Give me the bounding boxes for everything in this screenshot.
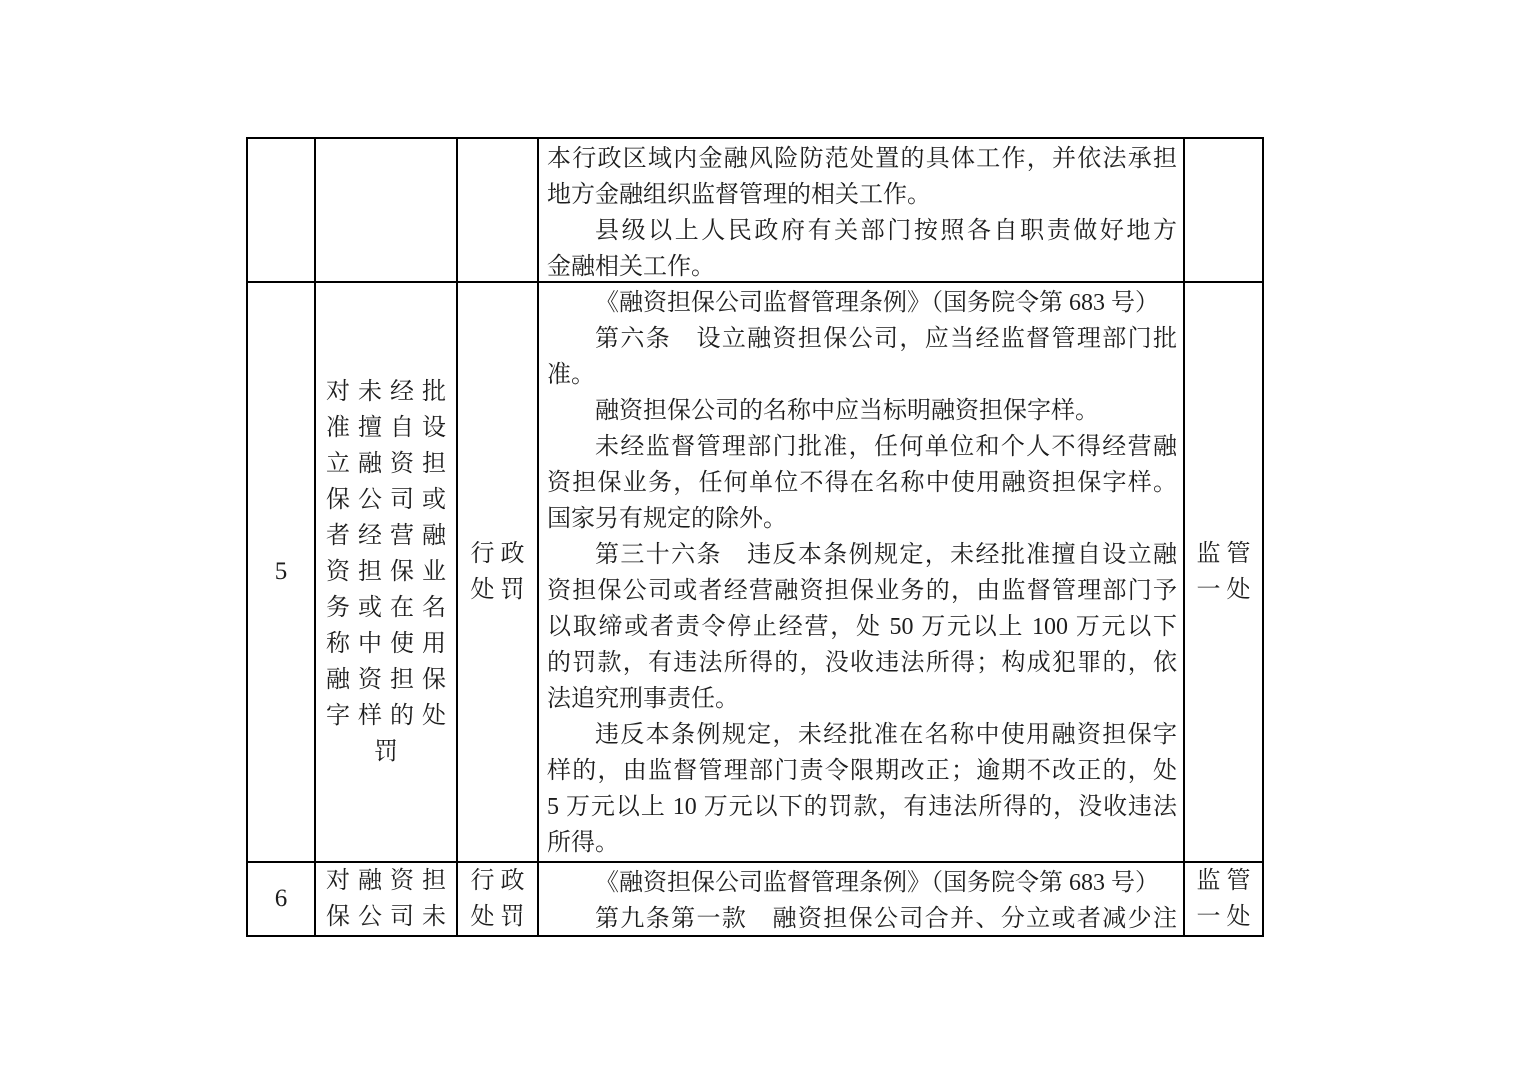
item-name-line: 务或在名 — [316, 590, 456, 626]
item-name-line: 立融资担 — [316, 446, 456, 482]
legal-basis-line: 《融资担保公司监督管理条例》（国务院令第 683 号） — [547, 865, 1177, 901]
department-text: 监管一处 — [1185, 863, 1262, 935]
penalty-type-line: 行政 — [458, 536, 537, 572]
penalty-type-cell: 行政处罚 — [457, 862, 538, 936]
legal-basis-line: 5 万元以上 10 万元以下的罚款，有违法所得的，没收违法 — [547, 789, 1177, 825]
legal-basis-line: 第九条第一款 融资担保公司合并、分立或者减少注 — [547, 901, 1177, 933]
department-line: 监管 — [1185, 863, 1262, 899]
legal-basis-line: 准。 — [547, 357, 1177, 393]
item-name-line: 资担保业 — [316, 554, 456, 590]
legal-basis-line: 法追究刑事责任。 — [547, 681, 1177, 717]
table-row-6-partial: 6 对融资担保公司未 行政处罚 《融资担保公司监督管理条例》（国务院令第 683… — [247, 862, 1263, 936]
legal-basis-line: 未经监督管理部门批准，任何单位和个人不得经营融 — [547, 429, 1177, 465]
legal-basis-line: 第六条 设立融资担保公司，应当经监督管理部门批 — [547, 321, 1177, 357]
legal-basis-line: 违反本条例规定，未经批准在名称中使用融资担保字 — [547, 717, 1177, 753]
document-page: 本行政区域内金融风险防范处置的具体工作，并依法承担地方金融组织监督管理的相关工作… — [0, 0, 1520, 1074]
penalty-type-line: 行政 — [458, 863, 537, 899]
department-cell: 监管一处 — [1184, 862, 1263, 936]
penalty-matrix-table: 本行政区域内金融风险防范处置的具体工作，并依法承担地方金融组织监督管理的相关工作… — [246, 137, 1264, 937]
legal-basis-line: 地方金融组织监督管理的相关工作。 — [547, 177, 1177, 213]
item-name-cell: 对未经批准擅自设立融资担保公司或者经营融资担保业务或在名称中使用融资担保字样的处… — [315, 282, 457, 862]
item-name-cell — [315, 138, 457, 282]
legal-basis-line: 金融相关工作。 — [547, 249, 1177, 281]
item-name-line: 准擅自设 — [316, 410, 456, 446]
seq-cell: 6 — [247, 862, 315, 936]
legal-basis-line: 县级以上人民政府有关部门按照各自职责做好地方 — [547, 213, 1177, 249]
legal-basis-text: 《融资担保公司监督管理条例》（国务院令第 683 号）第六条 设立融资担保公司，… — [547, 285, 1177, 859]
penalty-type-text: 行政处罚 — [458, 863, 537, 935]
table-row-4-partial: 本行政区域内金融风险防范处置的具体工作，并依法承担地方金融组织监督管理的相关工作… — [247, 138, 1263, 282]
legal-basis-cell: 本行政区域内金融风险防范处置的具体工作，并依法承担地方金融组织监督管理的相关工作… — [538, 138, 1184, 282]
department-line: 监管 — [1185, 536, 1262, 572]
penalty-type-cell — [457, 138, 538, 282]
legal-basis-line: 以取缔或者责令停止经营，处 50 万元以上 100 万元以下 — [547, 609, 1177, 645]
item-name-line: 字样的处 — [316, 698, 456, 734]
item-name-line: 对融资担 — [316, 863, 456, 899]
legal-basis-line: 融资担保公司的名称中应当标明融资担保字样。 — [547, 393, 1177, 429]
department-text: 监管一处 — [1185, 536, 1262, 608]
department-line: 一处 — [1185, 572, 1262, 608]
legal-basis-line: 国家另有规定的除外。 — [547, 501, 1177, 537]
legal-basis-line: 样的，由监督管理部门责令限期改正；逾期不改正的，处 — [547, 753, 1177, 789]
penalty-type-line: 处罚 — [458, 899, 537, 935]
item-name-line: 者经营融 — [316, 518, 456, 554]
item-name-line: 罚 — [316, 734, 456, 770]
seq-cell — [247, 138, 315, 282]
legal-basis-text: 本行政区域内金融风险防范处置的具体工作，并依法承担地方金融组织监督管理的相关工作… — [547, 141, 1177, 281]
penalty-type-line: 处罚 — [458, 572, 537, 608]
legal-basis-line: 资担保公司或者经营融资担保业务的，由监督管理部门予 — [547, 573, 1177, 609]
legal-basis-text: 《融资担保公司监督管理条例》（国务院令第 683 号）第九条第一款 融资担保公司… — [547, 865, 1177, 933]
item-name-text: 对融资担保公司未 — [316, 863, 456, 935]
legal-basis-line: 本行政区域内金融风险防范处置的具体工作，并依法承担 — [547, 141, 1177, 177]
legal-basis-line: 资担保业务，任何单位不得在名称中使用融资担保字样。 — [547, 465, 1177, 501]
item-name-line: 对未经批 — [316, 374, 456, 410]
seq-cell: 5 — [247, 282, 315, 862]
legal-basis-line: 《融资担保公司监督管理条例》（国务院令第 683 号） — [547, 285, 1177, 321]
department-line: 一处 — [1185, 899, 1262, 935]
item-name-line: 融资担保 — [316, 662, 456, 698]
legal-basis-line: 第三十六条 违反本条例规定，未经批准擅自设立融 — [547, 537, 1177, 573]
penalty-type-cell: 行政处罚 — [457, 282, 538, 862]
item-name-line: 保公司或 — [316, 482, 456, 518]
department-cell — [1184, 138, 1263, 282]
item-name-text: 对未经批准擅自设立融资担保公司或者经营融资担保业务或在名称中使用融资担保字样的处… — [316, 374, 456, 770]
item-name-line: 保公司未 — [316, 899, 456, 935]
table-row-5: 5 对未经批准擅自设立融资担保公司或者经营融资担保业务或在名称中使用融资担保字样… — [247, 282, 1263, 862]
department-cell: 监管一处 — [1184, 282, 1263, 862]
legal-basis-cell: 《融资担保公司监督管理条例》（国务院令第 683 号）第六条 设立融资担保公司，… — [538, 282, 1184, 862]
legal-basis-cell: 《融资担保公司监督管理条例》（国务院令第 683 号）第九条第一款 融资担保公司… — [538, 862, 1184, 936]
legal-basis-line: 的罚款，有违法所得的，没收违法所得；构成犯罪的，依 — [547, 645, 1177, 681]
penalty-type-text: 行政处罚 — [458, 536, 537, 608]
item-name-cell: 对融资担保公司未 — [315, 862, 457, 936]
legal-basis-line: 所得。 — [547, 825, 1177, 859]
item-name-line: 称中使用 — [316, 626, 456, 662]
